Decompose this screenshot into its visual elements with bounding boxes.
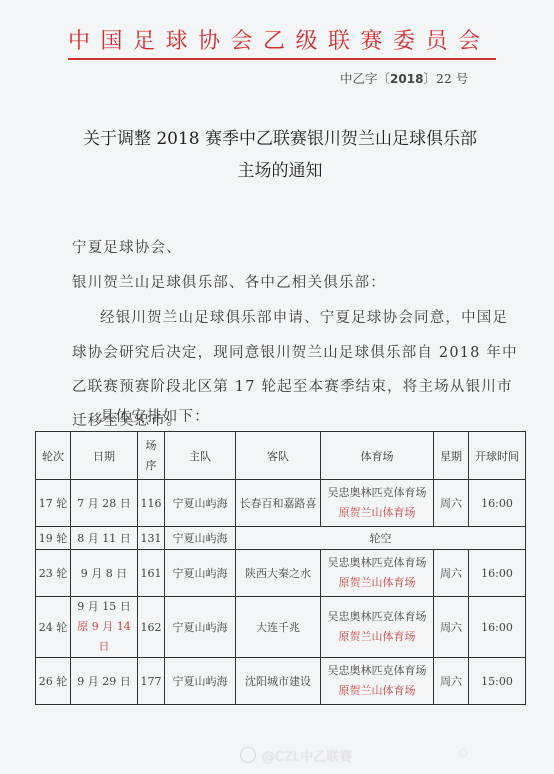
recipient-line1: 宁夏足球协会、 bbox=[72, 236, 182, 257]
cell-home: 宁夏山屿海 bbox=[165, 480, 236, 527]
cell-home: 宁夏山屿海 bbox=[165, 597, 236, 658]
cell-home: 宁夏山屿海 bbox=[165, 658, 236, 705]
cell-round: 23 轮 bbox=[36, 550, 71, 597]
body-paragraph-line1: 经银川贺兰山足球俱乐部申请、宁夏足球协会同意，中国足 bbox=[100, 306, 508, 327]
cell-venue: 吴忠奥林匹克体育场原贺兰山体育场 bbox=[321, 480, 434, 527]
cell-date: 8 月 11 日 bbox=[71, 527, 138, 550]
cell-seq: 162 bbox=[138, 597, 165, 658]
cell-date: 9 月 8 日 bbox=[71, 550, 138, 597]
corner-logo-icon: ⊙ bbox=[458, 746, 468, 760]
original-venue-note: 原贺兰山体育场 bbox=[321, 627, 433, 647]
original-venue-note: 原贺兰山体育场 bbox=[321, 681, 433, 701]
body-paragraph-line3: 乙联赛预赛阶段北区第 17 轮起至本赛季结束，将主场从银川市 bbox=[72, 375, 513, 396]
cell-away: 长春百和嘉路喜 bbox=[236, 480, 321, 527]
doc-number-year: 2018 bbox=[390, 72, 423, 86]
cell-round: 24 轮 bbox=[36, 597, 71, 658]
cell-date: 9 月 15 日原 9 月 14 日 bbox=[71, 597, 138, 658]
header-divider bbox=[68, 58, 496, 60]
cell-date: 7 月 28 日 bbox=[71, 480, 138, 527]
header-weekday: 星期 bbox=[434, 432, 469, 480]
document-number: 中乙字〔2018〕22 号 bbox=[340, 69, 468, 87]
cell-seq: 177 bbox=[138, 658, 165, 705]
table-row: 24 轮 9 月 15 日原 9 月 14 日 162 宁夏山屿海 大连千兆 吴… bbox=[36, 597, 526, 658]
original-date-note: 原 9 月 14 日 bbox=[71, 617, 137, 657]
body-paragraph-line2: 球协会研究后决定，现同意银川贺兰山足球俱乐部自 2018 年中 bbox=[72, 341, 518, 362]
arrangement-intro: 具体安排如下： bbox=[100, 405, 210, 426]
schedule-table: 轮次 日期 场序 主队 客队 体育场 星期 开球时间 17 轮 7 月 28 日… bbox=[35, 431, 526, 705]
notice-title-line1: 关于调整 2018 赛季中乙联赛银川贺兰山足球俱乐部 bbox=[60, 124, 500, 149]
cell-seq: 116 bbox=[138, 480, 165, 527]
header-kickoff: 开球时间 bbox=[469, 432, 526, 480]
organization-title: 中国足球协会乙级联赛委员会 bbox=[68, 29, 496, 55]
header-round: 轮次 bbox=[36, 432, 71, 480]
cell-venue: 吴忠奥林匹克体育场原贺兰山体育场 bbox=[321, 597, 434, 658]
original-venue-note: 原贺兰山体育场 bbox=[321, 573, 433, 593]
cell-kickoff: 16:00 bbox=[469, 597, 526, 658]
header-venue: 体育场 bbox=[321, 432, 434, 480]
table-row: 19 轮 8 月 11 日 131 宁夏山屿海 轮空 bbox=[36, 527, 526, 550]
cell-away: 大连千兆 bbox=[236, 597, 321, 658]
cell-away: 沈阳城市建设 bbox=[236, 658, 321, 705]
cell-round: 19 轮 bbox=[36, 527, 71, 550]
cell-weekday: 周六 bbox=[434, 550, 469, 597]
doc-number-prefix: 中乙字〔 bbox=[340, 71, 390, 86]
table-header-row: 轮次 日期 场序 主队 客队 体育场 星期 开球时间 bbox=[36, 432, 526, 480]
cell-away: 陕西大秦之水 bbox=[236, 550, 321, 597]
cell-kickoff: 16:00 bbox=[469, 480, 526, 527]
recipient-line2: 银川贺兰山足球俱乐部、各中乙相关俱乐部： bbox=[72, 271, 386, 292]
cell-weekday: 周六 bbox=[434, 658, 469, 705]
table-row: 23 轮 9 月 8 日 161 宁夏山屿海 陕西大秦之水 吴忠奥林匹克体育场原… bbox=[36, 550, 526, 597]
cell-seq: 161 bbox=[138, 550, 165, 597]
header-seq: 场序 bbox=[138, 432, 165, 480]
cell-round: 17 轮 bbox=[36, 480, 71, 527]
cell-venue: 吴忠奥林匹克体育场原贺兰山体育场 bbox=[321, 658, 434, 705]
weibo-logo-icon bbox=[240, 747, 256, 763]
cell-home: 宁夏山屿海 bbox=[165, 550, 236, 597]
header-home: 主队 bbox=[165, 432, 236, 480]
cell-weekday: 周六 bbox=[434, 480, 469, 527]
cell-home: 宁夏山屿海 bbox=[165, 527, 236, 550]
cell-date: 9 月 29 日 bbox=[71, 658, 138, 705]
table-row: 17 轮 7 月 28 日 116 宁夏山屿海 长春百和嘉路喜 吴忠奥林匹克体育… bbox=[36, 480, 526, 527]
header-date: 日期 bbox=[71, 432, 138, 480]
cell-round: 26 轮 bbox=[36, 658, 71, 705]
cell-venue: 吴忠奥林匹克体育场原贺兰山体育场 bbox=[321, 550, 434, 597]
header-away: 客队 bbox=[236, 432, 321, 480]
cell-kickoff: 15:00 bbox=[469, 658, 526, 705]
cell-kickoff: 16:00 bbox=[469, 550, 526, 597]
cell-bye: 轮空 bbox=[236, 527, 526, 550]
cell-weekday: 周六 bbox=[434, 597, 469, 658]
original-venue-note: 原贺兰山体育场 bbox=[321, 503, 433, 523]
watermark-text: @CZL中乙联赛 bbox=[262, 746, 352, 765]
table-row: 26 轮 9 月 29 日 177 宁夏山屿海 沈阳城市建设 吴忠奥林匹克体育场… bbox=[36, 658, 526, 705]
cell-seq: 131 bbox=[138, 527, 165, 550]
notice-title-line2: 主场的通知 bbox=[60, 156, 500, 181]
doc-number-suffix: 〕22 号 bbox=[423, 71, 468, 86]
